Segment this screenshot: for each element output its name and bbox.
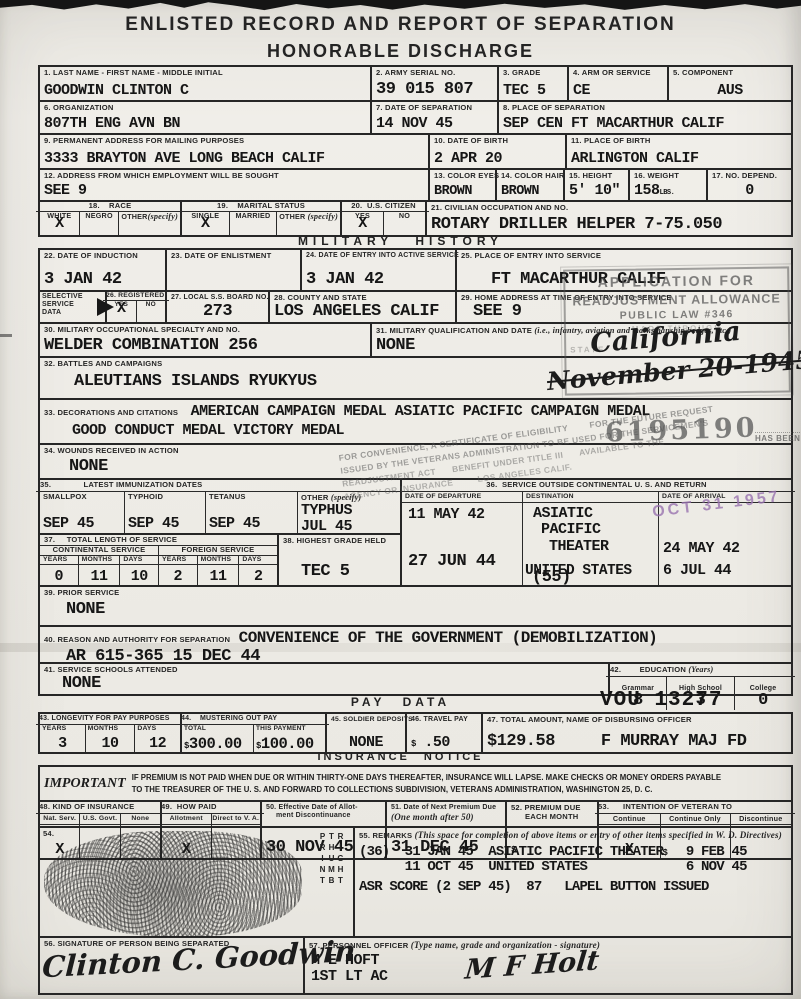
field-value: BROWN [434, 185, 491, 199]
field-date-enlistment: 23. DATE OF ENLISTMENT [167, 250, 302, 290]
field-date-induction: 22. DATE OF INDUCTION 3 JAN 42 [40, 250, 167, 290]
field-longevity: 43. LONGEVITY FOR PAY PURPOSES YEARS3 MO… [40, 714, 182, 752]
document-subtitle: HONORABLE DISCHARGE [0, 41, 801, 62]
signatures-row: 56. SIGNATURE OF PERSON BEING SEPARATED … [40, 938, 791, 993]
field-value: NONE [331, 735, 401, 751]
weight-value: 158 [634, 182, 660, 199]
field-label-text: OTHER [301, 493, 329, 502]
col-label: DAYS [137, 725, 178, 733]
option-mark: X [344, 216, 381, 232]
col-value: 3 [42, 736, 83, 752]
option-label: NO [386, 212, 423, 220]
option-label: OTHER(specify) [121, 212, 178, 221]
field-title: MUSTERING OUT PAY [200, 715, 277, 722]
continental-years: YEARS0 [40, 556, 79, 585]
remarks-line2: 11 OCT 45 UNITED STATES 6 NOV 45 [359, 860, 787, 875]
field-color-hair: 14. COLOR HAIR BROWN [497, 170, 565, 200]
field-label: 8. PLACE OF SEPARATION [503, 104, 787, 113]
field-label: 23. DATE OF ENLISTMENT [171, 252, 296, 261]
field-date-active-service: 24. DATE OF ENTRY INTO ACTIVE SERVICE 3 … [302, 250, 457, 290]
voucher-number: VOU 13277 [600, 690, 722, 712]
field-label: 7. DATE OF SEPARATION [376, 104, 493, 113]
selective-label-2: SERVICE [42, 301, 103, 309]
option-label: OTHER (specify) [279, 212, 338, 221]
field-component: 5. COMPONENT AUS [669, 67, 791, 100]
field-label-line1: 50. Effective Date of Allot- [266, 804, 358, 811]
field-value: TEC 5 [301, 563, 396, 581]
field-value: BROWN [501, 185, 559, 199]
field-mailing-address: 9. PERMANENT ADDRESS FOR MAILING PURPOSE… [40, 135, 430, 168]
col-label: MONTHS [79, 556, 120, 565]
col-label: MONTHS [88, 725, 133, 733]
field-value: ROTARY DRILLER HELPER 7-75.050 [431, 216, 787, 234]
field-value: SEP 45 [128, 516, 202, 532]
race-option-negro: NEGRO [80, 212, 120, 235]
field-value: $129.58F MURRAY MAJ FD [487, 733, 787, 751]
destination-1-line1: ASIATIC [533, 506, 658, 522]
field-title: SERVICE OUTSIDE CONTINENTAL U. S. AND RE… [502, 480, 707, 489]
field-label: 2. ARMY SERIAL NO. [376, 69, 493, 78]
race-option-other: OTHER(specify) [119, 212, 180, 235]
col-value: 10 [123, 569, 155, 585]
option-label: Direct to V. A. [212, 814, 261, 825]
field-label: 24. DATE OF ENTRY INTO ACTIVE SERVICE [306, 252, 451, 260]
field-label-line1: 52. PREMIUM DUE [511, 803, 581, 812]
field-value-line1: TYPHUS [301, 503, 397, 519]
mustering-columns: TOTAL$300.00 THIS PAYMENT$100.00 [182, 725, 325, 752]
field-value-line1: AMERICAN CAMPAIGN MEDAL ASIATIC PACIFIC … [191, 403, 650, 420]
field-number: 20. [351, 201, 362, 210]
citizen-options: YESX NO [342, 212, 425, 235]
field-label: 15. HEIGHT [569, 172, 624, 181]
col-value: 12 [137, 736, 178, 752]
race-option-white: WHITEX [40, 212, 80, 235]
field-label: 38. HIGHEST GRADE HELD [283, 537, 396, 546]
form-row: 18. RACE WHITEX NEGRO OTHER(specify) 19.… [40, 202, 791, 235]
field-label: 41. SERVICE SCHOOLS ATTENDED [44, 666, 604, 675]
marital-option-single: SINGLEX [182, 212, 230, 235]
col-value: 11 [201, 569, 236, 585]
field-number: 49. [161, 802, 172, 811]
field-label: 48. KIND OF INSURANCE [36, 802, 164, 814]
col-label: DESTINATION [523, 492, 658, 503]
field-label: 50. Effective Date of Allot-ment Discont… [266, 804, 381, 820]
stamp-line-application: APPLICATION FOR [565, 271, 787, 290]
field-highest-grade: 38. HIGHEST GRADE HELD TEC 5 [279, 535, 400, 585]
insurance-important: IMPORTANT IF PREMIUM IS NOT PAID WHEN DU… [40, 767, 791, 800]
field-mos: 30. MILITARY OCCUPATIONAL SPECIALTY AND … [40, 324, 372, 356]
arrival-2: 6 JUL 44 [663, 563, 791, 579]
field-travel-pay: 46. TRAVEL PAY $ .50 [407, 714, 483, 752]
registered-yes: YESX [107, 301, 137, 322]
departure-2-note: (55) [532, 569, 571, 587]
field-label: 27. LOCAL S.S. BOARD NO. [171, 294, 264, 302]
service-type-header: CONTINENTAL SERVICE FOREIGN SERVICE [40, 546, 277, 556]
option-mark: X [184, 216, 227, 232]
thumbprint-remarks-row: 54. RIGHT THUMB PRINT 55. REMARKS (This … [40, 828, 791, 938]
field-mustering-out-pay: 44. MUSTERING OUT PAY TOTAL$300.00 THIS … [182, 714, 327, 752]
service-length-cells: YEARS0 MONTHS11 DAYS10 YEARS2 MONTHS11 D… [40, 556, 277, 585]
col-value: 10 [88, 736, 133, 752]
selective-service-header: SELECTIVE SERVICE DATA [40, 292, 107, 322]
field-grade: 3. GRADE TEC 5 [499, 67, 569, 100]
citizen-option-no: NO [384, 212, 425, 235]
field-label: 1. LAST NAME - FIRST NAME - MIDDLE INITI… [44, 69, 366, 78]
field-marital-status: 19. MARITAL STATUS SINGLEX MARRIED OTHER… [182, 202, 342, 235]
foreign-years: YEARS2 [159, 556, 198, 585]
field-label: 25. PLACE OF ENTRY INTO SERVICE [461, 252, 787, 261]
marital-options: SINGLEX MARRIED OTHER (specify) [182, 212, 340, 235]
field-signature-separated: 56. SIGNATURE OF PERSON BEING SEPARATED … [40, 938, 305, 993]
foreign-days: DAYS2 [239, 556, 277, 585]
field-label: 49. HOW PAID [158, 802, 264, 814]
marital-option-other: OTHER (specify) [277, 212, 340, 235]
field-title: U.S. CITIZEN [367, 201, 416, 210]
field-label: 6. ORGANIZATION [44, 104, 366, 113]
field-label: TYPHOID [128, 493, 202, 502]
field-value: $ .50 [411, 735, 477, 751]
col-label: THIS PAYMENT [256, 725, 323, 732]
form-row: 9. PERMANENT ADDRESS FOR MAILING PURPOSE… [40, 135, 791, 170]
thumbprint-image [44, 831, 302, 937]
field-value: AUS [673, 83, 787, 99]
option-mark: X [42, 216, 77, 232]
field-value: 0 [712, 183, 787, 199]
option-label-text: OTHER [121, 212, 147, 221]
field-employment-address: 12. ADDRESS FROM WHICH EMPLOYMENT WILL B… [40, 170, 430, 200]
field-value: 3 JAN 42 [44, 271, 161, 289]
field-number: 48. [39, 802, 50, 811]
section-insurance-notice: INSURANCE NOTICE [0, 751, 801, 763]
field-title-italic: (Years) [688, 665, 713, 674]
field-number: 54. [43, 830, 54, 839]
col-label: DAYS [120, 556, 158, 565]
selective-label-1: SELECTIVE [42, 293, 103, 301]
departure-column: DATE OF DEPARTURE 11 MAY 42 27 JUN 44 (5… [402, 492, 523, 585]
col-value: 0 [43, 569, 75, 585]
field-value: 14 NOV 45 [376, 116, 493, 132]
field-label: 43. LONGEVITY FOR PAY PURPOSES [36, 714, 184, 725]
field-label: 20. U.S. CITIZEN [338, 202, 429, 212]
continental-service-label: CONTINENTAL SERVICE [40, 546, 159, 555]
foreign-service-label: FOREIGN SERVICE [159, 546, 277, 555]
field-value: ARLINGTON CALIF [571, 151, 787, 167]
scan-mark [0, 334, 12, 337]
col-label: YEARS [159, 556, 197, 565]
disbursing-officer-name: F MURRAY MAJ FD [601, 732, 747, 751]
field-label: 46. TRAVEL PAY [411, 716, 477, 724]
field-label: 40. REASON AND AUTHORITY FOR SEPARATION [44, 635, 230, 644]
field-title: MARITAL STATUS [237, 201, 305, 210]
remarks-line1: (36) 31 JAN 45 ASIATIC PACIFIC THEATER 9… [359, 845, 787, 860]
important-text-line2: TO THE TREASURER OF THE U. S. AND FORWAR… [132, 785, 653, 794]
field-dependents: 17. NO. DEPEND. 0 [708, 170, 791, 200]
field-value: GOODWIN CLINTON C [44, 83, 366, 99]
field-number: 53. [598, 802, 609, 811]
option-label-text: OTHER [279, 212, 305, 221]
field-label: 44. MUSTERING OUT PAY [178, 714, 329, 725]
important-text-line1: IF PREMIUM IS NOT PAID WHEN DUE OR WITHI… [132, 773, 721, 782]
field-color-eyes: 13. COLOR EYES BROWN [430, 170, 497, 200]
field-value: 2 APR 20 [434, 151, 561, 167]
scan-torn-edge [0, 0, 801, 11]
form-row: 35. LATEST IMMUNIZATION DATES SMALLPOXSE… [40, 480, 791, 587]
field-tetanus: TETANUSSEP 45 [206, 492, 298, 533]
field-place-birth: 11. PLACE OF BIRTH ARLINGTON CALIF [567, 135, 791, 168]
selective-label-3: DATA [42, 309, 103, 317]
field-number: 37. [44, 535, 55, 544]
field-value: 273 [171, 303, 264, 321]
readjustment-stamp: APPLICATION FOR READJUSTMENT ALLOWANCE P… [563, 266, 791, 395]
field-number: 19. [217, 201, 228, 210]
field-label: 12. ADDRESS FROM WHICH EMPLOYMENT WILL B… [44, 172, 424, 181]
field-registered: 26. REGISTERED YESX NO [107, 292, 167, 322]
field-value-line2: JUL 45 [301, 519, 397, 535]
field-value: NONE [66, 601, 787, 619]
weight-unit: LBS. [660, 189, 675, 197]
field-title: TOTAL LENGTH OF SERVICE [67, 535, 177, 544]
field-weight: 16. WEIGHT 158LBS. [630, 170, 708, 200]
field-date-separation: 7. DATE OF SEPARATION 14 NOV 45 [372, 102, 499, 133]
field-value: 3 JAN 42 [306, 271, 451, 289]
important-label: IMPORTANT [44, 776, 126, 792]
field-label: 30. MILITARY OCCUPATIONAL SPECIALTY AND … [44, 326, 366, 335]
option-label: Continue Only [661, 814, 730, 825]
field-label: 51. Date of Next Premium Due(One month a… [391, 804, 501, 823]
field-label: 26. REGISTERED [103, 292, 169, 301]
option-label-italic: (specify) [148, 212, 178, 221]
field-county-state: 28. COUNTY AND STATE LOS ANGELES CALIF [270, 292, 457, 322]
marital-option-married: MARRIED [230, 212, 278, 235]
field-title: EDUCATION [640, 665, 686, 674]
field-personnel-officer: 57. PERSONNEL OFFICER (Type name, grade … [305, 938, 791, 993]
field-value: SEP 45 [209, 516, 294, 532]
col-label: TOTAL [184, 725, 251, 732]
destination-1-line3: THEATER [549, 539, 658, 555]
discharge-document-page: ENLISTED RECORD AND REPORT OF SEPARATION… [0, 0, 801, 999]
option-label: Continue [599, 814, 660, 825]
form-row: 1. LAST NAME - FIRST NAME - MIDDLE INITI… [40, 67, 791, 102]
col-value: 11 [82, 569, 117, 585]
field-label: 13. COLOR EYES [434, 172, 491, 181]
field-value: LOS ANGELES CALIF [274, 303, 451, 321]
form-row: 6. ORGANIZATION 807TH ENG AVN BN 7. DATE… [40, 102, 791, 135]
departure-1: 11 MAY 42 [408, 507, 522, 523]
field-label-italic: (One month after 50) [391, 812, 474, 822]
field-height: 15. HEIGHT 5' 10" [565, 170, 630, 200]
field-value: SEP CEN FT MACARTHUR CALIF [503, 116, 787, 132]
field-label-italic: (This space for completion of above item… [415, 830, 782, 840]
field-reason-separation: 40. REASON AND AUTHORITY FOR SEPARATION … [40, 627, 791, 662]
field-label: 45. SOLDIER DEPOSITS [331, 716, 401, 724]
travel-pay-value: .50 [424, 734, 450, 751]
field-local-board: 27. LOCAL S.S. BOARD NO. 273 [167, 292, 270, 322]
option-label-italic: (specify) [308, 212, 338, 221]
important-text: IF PREMIUM IS NOT PAID WHEN DUE OR WITHI… [132, 772, 721, 795]
field-arm-service: 4. ARM OR SERVICE CE [569, 67, 669, 100]
field-label: 16. WEIGHT [634, 172, 702, 181]
longevity-columns: YEARS3 MONTHS10 DAYS12 [40, 725, 180, 752]
document-title: ENLISTED RECORD AND REPORT OF SEPARATION [0, 14, 801, 36]
length-service-row: 37. TOTAL LENGTH OF SERVICE CONTINENTAL … [40, 535, 400, 585]
field-label: 9. PERMANENT ADDRESS FOR MAILING PURPOSE… [44, 137, 424, 146]
field-title: KIND OF INSURANCE [52, 802, 134, 811]
field-organization: 6. ORGANIZATION 807TH ENG AVN BN [40, 102, 372, 133]
field-title: HOW PAID [177, 802, 217, 811]
field-number: 18. [89, 201, 100, 210]
option-label: Discontinue [731, 814, 792, 825]
longevity-days: DAYS12 [135, 725, 180, 752]
col-label: MONTHS [198, 556, 239, 565]
continental-months: MONTHS11 [79, 556, 121, 585]
field-race: 18. RACE WHITEX NEGRO OTHER(specify) [40, 202, 182, 235]
field-title: RACE [109, 201, 131, 210]
field-name: 1. LAST NAME - FIRST NAME - MIDDLE INITI… [40, 67, 372, 100]
field-title: LATEST IMMUNIZATION DATES [84, 480, 203, 489]
field-label: 5. COMPONENT [673, 69, 787, 78]
field-value: SEE 9 [44, 183, 424, 199]
field-prior-service: 39. PRIOR SERVICE NONE [40, 587, 791, 625]
field-label: 39. PRIOR SERVICE [44, 589, 787, 598]
field-value: 5' 10" [569, 183, 624, 199]
mustering-total: TOTAL$300.00 [182, 725, 254, 752]
field-value: SEP 45 [43, 516, 121, 532]
personal-data-table: 1. LAST NAME - FIRST NAME - MIDDLE INITI… [38, 65, 793, 237]
field-title: INTENTION OF VETERAN TO [623, 802, 732, 811]
field-number: 35. [40, 480, 51, 489]
field-soldier-deposits: 45. SOLDIER DEPOSITS NONE [327, 714, 407, 752]
field-label: 4. ARM OR SERVICE [573, 69, 663, 78]
field-value: CE [573, 83, 663, 99]
field-label: 10. DATE OF BIRTH [434, 137, 561, 146]
field-total-length-service: 37. TOTAL LENGTH OF SERVICE CONTINENTAL … [40, 535, 279, 585]
field-place-separation: 8. PLACE OF SEPARATION SEP CEN FT MACART… [499, 102, 791, 133]
arrival-1: 24 MAY 42 [663, 541, 791, 557]
field-value: TEC 5 [503, 83, 563, 99]
destination-1-line2: PACIFIC [541, 522, 658, 538]
field-value: NONE [62, 675, 604, 693]
field-value: 807TH ENG AVN BN [44, 116, 366, 132]
option-label: Nat. Serv. [40, 814, 79, 825]
field-remarks: 55. REMARKS (This space for completion o… [355, 828, 791, 936]
dollar-sign: $ [411, 739, 416, 749]
field-value: 3333 BRAYTON AVE LONG BEACH CALIF [44, 151, 424, 167]
option-label: MARRIED [232, 212, 275, 220]
departure-2: 27 JUN 44 [408, 553, 522, 571]
field-label: SMALLPOX [43, 493, 121, 502]
field-us-citizen: 20. U.S. CITIZEN YESX NO [342, 202, 427, 235]
mustering-this-payment: THIS PAYMENT$100.00 [254, 725, 325, 752]
field-label: 14. COLOR HAIR [501, 172, 559, 181]
field-label: 53. INTENTION OF VETERAN TO [595, 802, 795, 814]
reason-line1: 40. REASON AND AUTHORITY FOR SEPARATION … [44, 629, 787, 647]
field-label: 33. DECORATIONS AND CITATIONS [44, 408, 178, 417]
pay-data-table: 43. LONGEVITY FOR PAY PURPOSES YEARS3 MO… [38, 712, 793, 754]
field-value: WELDER COMBINATION 256 [44, 337, 366, 355]
form-row: 40. REASON AND AUTHORITY FOR SEPARATION … [40, 627, 791, 664]
field-service-schools: 41. SERVICE SCHOOLS ATTENDED NONE [40, 664, 610, 694]
field-value-line1: CONVENIENCE OF THE GOVERNMENT (DEMOBILIZ… [239, 629, 658, 647]
field-number: 44. [181, 715, 191, 722]
section-military-history: MILITARY HISTORY [0, 234, 801, 248]
registered-options: YESX NO [107, 301, 165, 322]
field-serial-no: 2. ARMY SERIAL NO. 39 015 807 [372, 67, 499, 100]
col-value: 2 [162, 569, 194, 585]
field-label: 22. DATE OF INDUCTION [44, 252, 161, 261]
field-label: 21. CIVILIAN OCCUPATION AND NO. [431, 204, 787, 213]
col-value: 2 [242, 569, 274, 585]
field-date-birth: 10. DATE OF BIRTH 2 APR 20 [430, 135, 567, 168]
continental-days: DAYS10 [120, 556, 159, 585]
stamp-line-readjustment: READJUSTMENT ALLOWANCE [565, 291, 787, 308]
foreign-months: MONTHS11 [198, 556, 240, 585]
field-value: 39 015 807 [376, 81, 493, 99]
total-amount-value: $129.58 [487, 732, 555, 751]
field-label: 55. REMARKS (This space for completion o… [359, 830, 787, 841]
col-label: DAYS [239, 556, 277, 565]
field-civilian-occupation: 21. CIVILIAN OCCUPATION AND NO. ROTARY D… [427, 202, 791, 235]
field-label: 42. EDUCATION (Years) [606, 664, 795, 677]
option-label: Allotment [162, 814, 211, 825]
form-row: 12. ADDRESS FROM WHICH EMPLOYMENT WILL B… [40, 170, 791, 202]
option-label: None [121, 814, 160, 825]
form-row: 43. LONGEVITY FOR PAY PURPOSES YEARS3 MO… [40, 714, 791, 752]
option-label: U.S. Govt. [80, 814, 119, 825]
option-label: NEGRO [82, 212, 117, 220]
field-label: 3. GRADE [503, 69, 563, 78]
field-label-text: 31. MILITARY QUALIFICATION AND DATE [376, 326, 532, 335]
race-options: WHITEX NEGRO OTHER(specify) [40, 212, 180, 235]
citizen-option-yes: YESX [342, 212, 384, 235]
field-value: 158LBS. [634, 183, 702, 199]
field-label: TETANUS [209, 493, 294, 502]
field-label-line2: EACH MONTH [525, 812, 578, 821]
option-mark: X [109, 301, 134, 317]
thumbprint-caption: RIGHT THUMB PRINT [318, 832, 345, 932]
longevity-years: YEARS3 [40, 725, 86, 752]
signature-table: 54. RIGHT THUMB PRINT 55. REMARKS (This … [38, 826, 793, 995]
field-number: 42. [610, 665, 621, 674]
insurance-important-row: IMPORTANT IF PREMIUM IS NOT PAID WHEN DU… [40, 767, 791, 802]
longevity-months: MONTHS10 [86, 725, 136, 752]
field-smallpox: SMALLPOXSEP 45 [40, 492, 125, 533]
field-typhoid: TYPHOIDSEP 45 [125, 492, 206, 533]
form-row: 39. PRIOR SERVICE NONE [40, 587, 791, 627]
field-label: 11. PLACE OF BIRTH [571, 137, 787, 146]
field-label-text: 55. REMARKS [359, 831, 412, 840]
field-thumbprint: 54. RIGHT THUMB PRINT [40, 828, 355, 936]
field-label: 17. NO. DEPEND. [712, 172, 787, 181]
field-total-amount: 47. TOTAL AMOUNT, NAME OF DISBURSING OFF… [483, 714, 791, 752]
field-label: 47. TOTAL AMOUNT, NAME OF DISBURSING OFF… [487, 716, 787, 725]
option-label: NO [139, 301, 164, 308]
registered-no: NO [137, 301, 166, 322]
remarks-line3: ASR SCORE (2 SEP 45) 87 LAPEL BUTTON ISS… [359, 880, 787, 895]
col-label: YEARS [40, 556, 78, 565]
field-label: 52. PREMIUM DUEEACH MONTH [511, 804, 593, 821]
col-label: YEARS [42, 725, 83, 733]
field-label-text: 51. Date of Next Premium Due [391, 804, 496, 811]
field-label-line2: ment Discontinuance [276, 812, 351, 819]
